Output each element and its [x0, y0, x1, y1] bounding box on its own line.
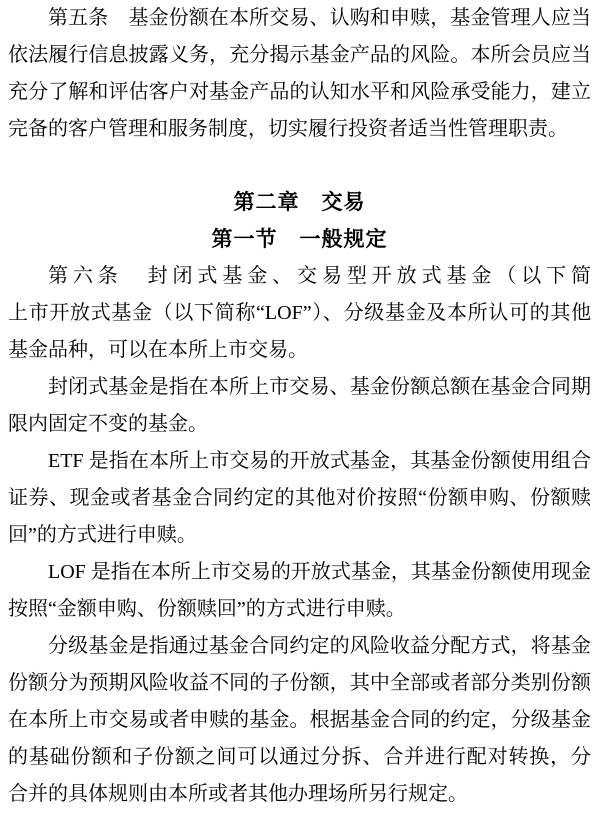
text-line: 依法履行信息披露义务，充分揭示基金产品的风险。本所会员应当	[8, 37, 591, 74]
text-line: 上市开放式基金（以下简称“LOF”）、分级基金及本所认可的其他	[8, 295, 591, 332]
text-line: 充分了解和评估客户对基金产品的认知水平和风险承受能力，建立	[8, 74, 591, 111]
paragraph-article-5: 第五条 基金份额在本所交易、认购和申赎，基金管理人应当 依法履行信息披露义务，充…	[8, 0, 591, 148]
paragraph-closed-end-fund: 封闭式基金是指在本所上市交易、基金份额总额在基金合同期 限内固定不变的基金。	[8, 369, 591, 443]
section-heading: 第一节 一般规定	[8, 221, 591, 258]
text-line: LOF 是指在本所上市交易的开放式基金，其基金份额使用现金	[8, 554, 591, 591]
document-page: 第五条 基金份额在本所交易、认购和申赎，基金管理人应当 依法履行信息披露义务，充…	[0, 0, 599, 823]
paragraph-lof-definition: LOF 是指在本所上市交易的开放式基金，其基金份额使用现金 按照“金额申购、份额…	[8, 554, 591, 628]
text-line: 分级基金是指通过基金合同约定的风险收益分配方式，将基金	[8, 628, 591, 665]
paragraph-graded-fund-definition: 分级基金是指通过基金合同约定的风险收益分配方式，将基金 份额分为预期风险收益不同…	[8, 628, 591, 813]
text-line: 合并的具体规则由本所或者其他办理场所另行规定。	[8, 776, 591, 813]
text-line: 完备的客户管理和服务制度，切实履行投资者适当性管理职责。	[8, 111, 591, 148]
text-line: 按照“金额申购、份额赎回”的方式进行申赎。	[8, 591, 591, 628]
text-line: ETF 是指在本所上市交易的开放式基金，其基金份额使用组合	[8, 443, 591, 480]
text-line: 的基础份额和子份额之间可以通过分拆、合并进行配对转换，分拆、	[8, 739, 591, 776]
text-line: 基金品种，可以在本所上市交易。	[8, 332, 591, 369]
paragraph-etf-definition: ETF 是指在本所上市交易的开放式基金，其基金份额使用组合 证券、现金或者基金合…	[8, 443, 591, 554]
text-line: 证券、现金或者基金合同约定的其他对价按照“份额申购、份额赎	[8, 480, 591, 517]
text-line: 回”的方式进行申赎。	[8, 517, 591, 554]
text-line: 份额分为预期风险收益不同的子份额，其中全部或者部分类别份额	[8, 665, 591, 702]
text-line: 在本所上市交易或者申赎的基金。根据基金合同的约定，分级基金	[8, 702, 591, 739]
chapter-heading: 第二章 交易	[8, 184, 591, 221]
text-line: 第五条 基金份额在本所交易、认购和申赎，基金管理人应当	[8, 0, 591, 37]
text-line: 限内固定不变的基金。	[8, 406, 591, 443]
paragraph-article-6: 第六条 封闭式基金、交易型开放式基金（以下简称“ETF”）、 上市开放式基金（以…	[8, 258, 591, 369]
text-line: 封闭式基金是指在本所上市交易、基金份额总额在基金合同期	[8, 369, 591, 406]
text-line: 第六条 封闭式基金、交易型开放式基金（以下简称“ETF”）、	[8, 258, 591, 295]
